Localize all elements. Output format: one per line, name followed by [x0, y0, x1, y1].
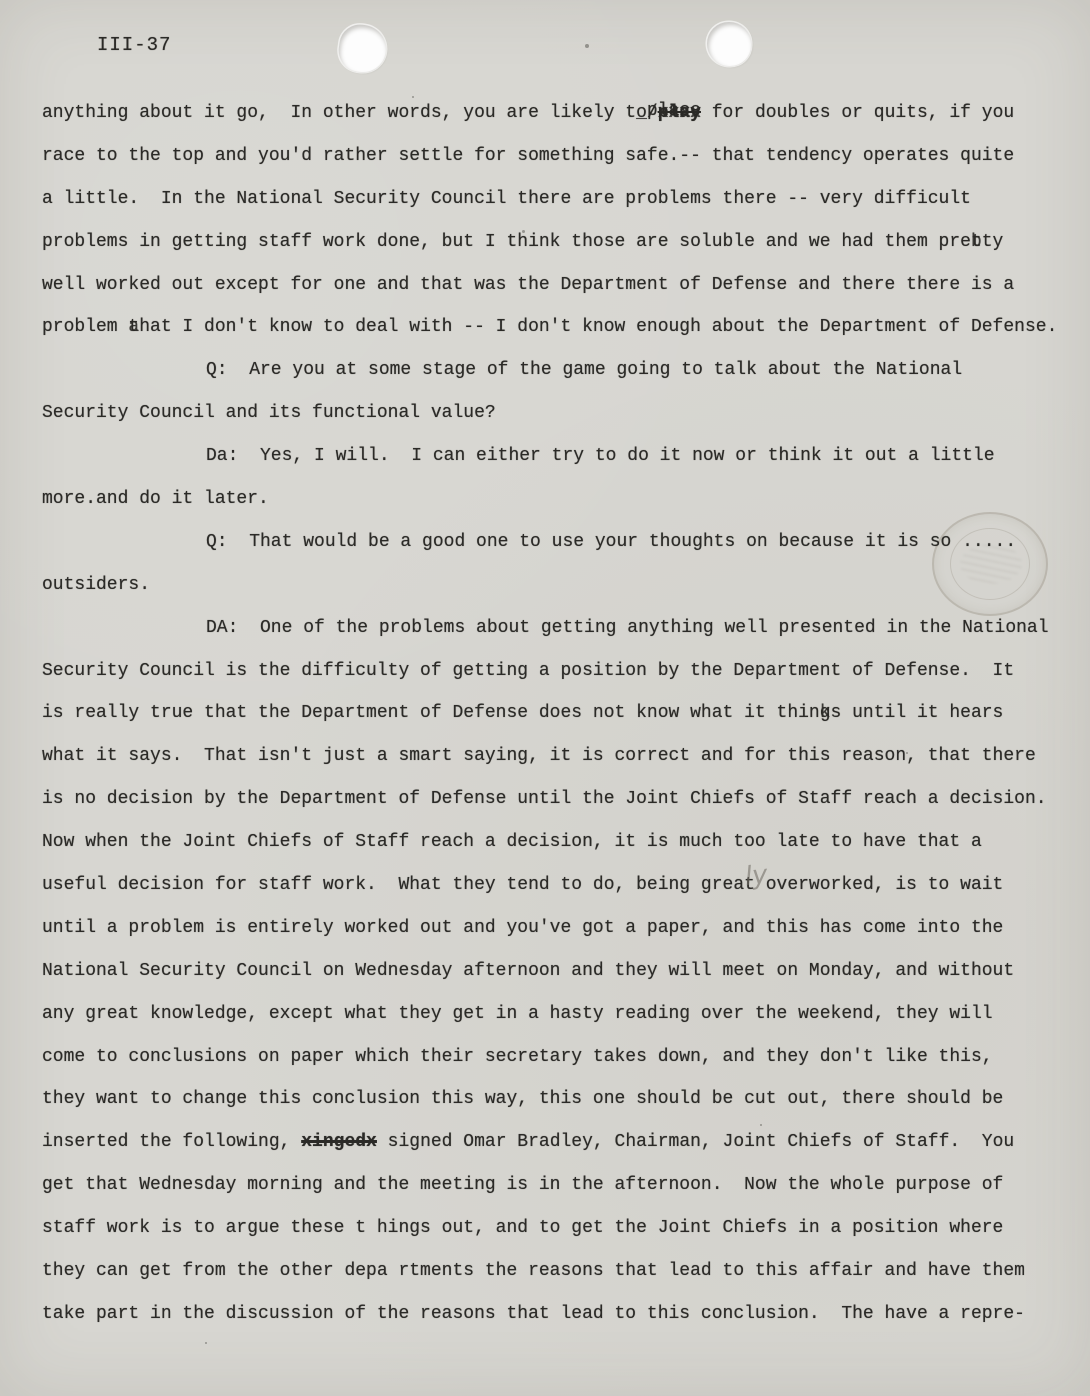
text-line: problems in getting staff work done, but… [42, 221, 1062, 264]
crossed-out-word: xingedx [301, 1132, 377, 1152]
typewritten-text: is no decision by the Department of Defe… [42, 789, 1047, 809]
paper-speck [585, 44, 589, 48]
typewritten-text: is really true that the Department of De… [42, 703, 820, 723]
typewritten-text: more.and do it later. [42, 489, 269, 509]
text-line: they can get from the other depa rtments… [42, 1250, 1062, 1293]
hole-punch [707, 22, 751, 66]
typewritten-text: they want to change this conclusion this… [42, 1089, 1003, 1109]
overstrike-glyph: b [971, 221, 982, 264]
text-line: Q: That would be a good one to use your … [42, 521, 1062, 564]
text-line: come to conclusions on paper which their… [42, 1036, 1062, 1079]
text-line: get that Wednesday morning and the meeti… [42, 1164, 1062, 1207]
pencil-annotation: ly [743, 854, 770, 899]
text-line: until a problem is entirely worked out a… [42, 907, 1062, 950]
typewritten-text: Q: Are you at some stage of the game goi… [206, 360, 962, 380]
crossed-out-word: playxxxx [658, 92, 701, 135]
text-line: is really true that the Department of De… [42, 692, 1062, 735]
text-line: well worked out except for one and that … [42, 264, 1062, 307]
text-line: Da: Yes, I will. I can either try to do … [42, 435, 1062, 478]
typewritten-text: a little. In the National Security Counc… [42, 189, 971, 209]
typewritten-text: Security Council is the difficulty of ge… [42, 661, 1014, 681]
text-line: useful decision for staff work. What the… [42, 864, 1062, 907]
paper-speck [412, 96, 414, 98]
text-line: problem tahat I don't know to deal with … [42, 306, 1062, 349]
paper-speck [760, 1124, 762, 1126]
text-line: outsiders. [42, 564, 1062, 607]
text-line: take part in the discussion of the reaso… [42, 1293, 1062, 1336]
typewritten-text: for doubles or quits, if you [701, 103, 1014, 123]
text-line: staff work is to argue these t hings out… [42, 1207, 1062, 1250]
page-number: III-37 [97, 34, 171, 56]
scanned-document: { "page": { "page_number": "III-37", "pa… [0, 0, 1090, 1396]
text-line: National Security Council on Wednesday a… [42, 950, 1062, 993]
typewritten-text: anything about it go, In other words, yo… [42, 103, 636, 123]
text-line: they want to change this conclusion this… [42, 1078, 1062, 1121]
paper-speck [522, 230, 525, 233]
typewritten-text: signed Omar Bradley, Chairman, Joint Chi… [377, 1132, 1014, 1152]
typewritten-text: race to the top and you'd rather settle … [42, 146, 1014, 166]
text-line: more.and do it later. [42, 478, 1062, 521]
overstrike-glyph: a [128, 306, 139, 349]
typewritten-text: any great knowledge, except what they ge… [42, 1004, 993, 1024]
text-line: Security Council and its functional valu… [42, 392, 1062, 435]
text-line: Security Council is the difficulty of ge… [42, 650, 1062, 693]
typewritten-text: what it says. That isn't just a smart sa… [42, 746, 1036, 766]
typewritten-text: inserted the following, [42, 1132, 301, 1152]
typewritten-text: they can get from the other depa rtments… [42, 1261, 1025, 1281]
typewritten-text: Security Council and its functional valu… [42, 403, 496, 423]
paper-speck [906, 752, 908, 754]
typewritten-text: take part in the discussion of the reaso… [42, 1304, 1025, 1324]
text-line: inserted the following, xingedx signed O… [42, 1121, 1062, 1164]
typewritten-text: staff work is to argue these t hings out… [42, 1218, 1003, 1238]
typewritten-text: problem [42, 317, 128, 337]
x-overstrike: xxxx [658, 92, 701, 135]
overstrike-glyph: _ [636, 92, 647, 135]
typewritten-text: well worked out except for one and that … [42, 275, 1014, 295]
text-line: anything about it go, In other words, yo… [42, 92, 1062, 135]
text-line: Now when the Joint Chiefs of Staff reach… [42, 821, 1062, 864]
typewritten-text: ty [982, 232, 1004, 252]
text-line: any great knowledge, except what they ge… [42, 993, 1062, 1036]
overstruck-character: gk [820, 692, 831, 735]
paper-speck [205, 1342, 207, 1344]
typewritten-text: get that Wednesday morning and the meeti… [42, 1175, 1003, 1195]
overstrike-glyph: k [820, 692, 831, 735]
text-body: anything about it go, In other words, yo… [42, 92, 1062, 1336]
typewritten-text: DA: One of the problems about getting an… [206, 618, 1049, 638]
overstruck-character: ta [128, 306, 139, 349]
typewritten-text: come to conclusions on paper which their… [42, 1047, 993, 1067]
text-line: Q: Are you at some stage of the game goi… [42, 349, 1062, 392]
hole-punch [336, 22, 389, 75]
typewritten-text: Da: Yes, I will. I can either try to do … [206, 446, 995, 466]
typewritten-text: problems in getting staff work done, but… [42, 232, 971, 252]
text-line: what it says. That isn't just a smart sa… [42, 735, 1062, 778]
text-line: is no decision by the Department of Defe… [42, 778, 1062, 821]
typewritten-text: outsiders. [42, 575, 150, 595]
typewritten-text: useful decision for staff work. What the… [42, 875, 755, 895]
text-line: DA: One of the problems about getting an… [42, 607, 1062, 650]
typewritten-text: overworked, is to wait [755, 875, 1003, 895]
typewritten-text: s until it hears [831, 703, 1004, 723]
overstruck-character: tb [971, 221, 982, 264]
text-line: race to the top and you'd rather settle … [42, 135, 1062, 178]
typewritten-text: Q: That would be a good one to use your … [206, 532, 1016, 552]
typewritten-text: National Security Council on Wednesday a… [42, 961, 1014, 981]
typewritten-text: until a problem is entirely worked out a… [42, 918, 1003, 938]
typewritten-text: hat I don't know to deal with -- I don't… [139, 317, 1057, 337]
typewritten-text: Now when the Joint Chiefs of Staff reach… [42, 832, 982, 852]
overstruck-character: o_ [636, 92, 647, 135]
text-line: a little. In the National Security Counc… [42, 178, 1062, 221]
